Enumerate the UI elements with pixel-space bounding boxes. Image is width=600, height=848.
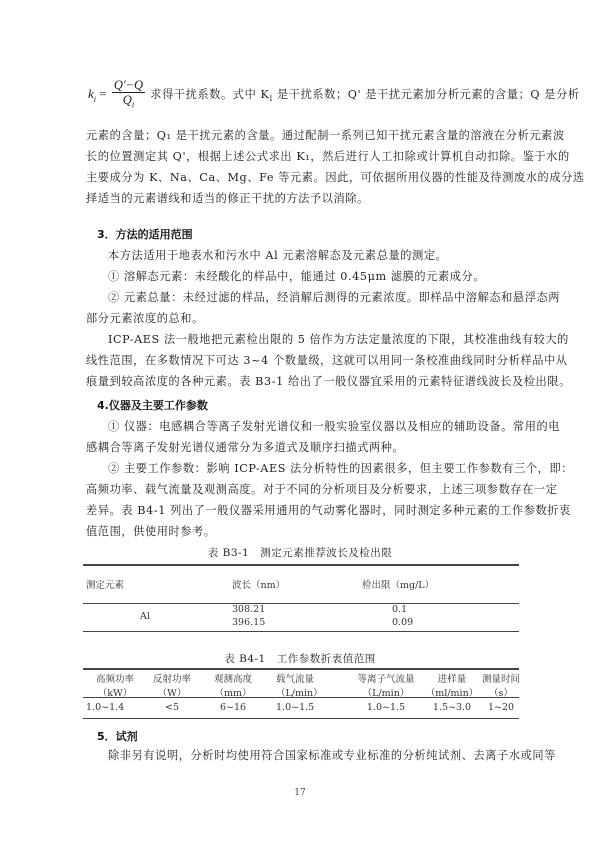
table-cell: 308.21 <box>232 604 265 615</box>
table-b4-caption: 表 B4-1 工作参数折衷值范围 <box>0 651 600 666</box>
formula-numerator: Q'−Q <box>112 78 145 93</box>
section-5-body: 除非另有说明，分析时均使用符合国家标准或专业标准的分析纯试剂、去离子水或同等 <box>86 745 514 766</box>
formula-denominator: QI <box>112 93 145 113</box>
section-3-heading: 3．方法的适用范围 <box>97 226 193 242</box>
interference-formula: ki = Q'−Q QI 求得干扰系数。式中 KI 是干扰系数；Q' 是干扰元素… <box>88 78 580 113</box>
paragraph-line: 除非另有说明，分析时均使用符合国家标准或专业标准的分析纯试剂、去离子水或同等 <box>86 745 514 766</box>
table-bottom-rule <box>83 631 519 632</box>
page-number: 17 <box>0 788 600 798</box>
paragraph-line: ① 仪器：电感耦合等离子发射光谱仪和一般实验室仪器以及相应的辅助设备。常用的电 <box>86 416 514 437</box>
section-5-heading: 5．试剂 <box>97 728 138 744</box>
paragraph-line: ② 主要工作参数：影响 ICP-AES 法分析特性的因素很多，但主要工作参数有三… <box>86 458 514 479</box>
table-mid-rule <box>83 697 519 698</box>
table-cell: 396.15 <box>232 617 265 628</box>
table-cell: 0.1 <box>392 604 407 615</box>
formula-explanation: 求得干扰系数。式中 KI 是干扰系数；Q' 是干扰元素加分析元素的含量；Q 是分… <box>150 88 579 101</box>
table-header-cell: 高频功率（kW） <box>80 671 150 699</box>
table-bottom-rule <box>83 718 519 719</box>
table-header-cell: 等离子气流量（L/min） <box>346 671 426 699</box>
section-4-heading: 4.仪器及主要工作参数 <box>97 397 208 413</box>
table-cell: 0.09 <box>392 617 413 628</box>
paragraph-line: 主要成分为 K、Na、Ca、Mg、Fe 等元素。因此，可依据所用仪器的性能及待测… <box>86 167 514 188</box>
table-top-rule <box>83 668 519 670</box>
paragraph-line: ICP-AES 法一般地把元素检出限的 5 倍作为方法定量浓度的下限，其校准曲线… <box>86 329 514 350</box>
table-header-cell: 检出限（mg/L） <box>362 577 434 591</box>
section-3-body: 本方法适用于地表水和污水中 Al 元素溶解态及元素总量的测定。 ① 溶解态元素：… <box>86 245 514 392</box>
section-4-body: ① 仪器：电感耦合等离子发射光谱仪和一般实验室仪器以及相应的辅助设备。常用的电 … <box>86 416 514 542</box>
paragraph-line: ① 溶解态元素：未经酸化的样品中，能通过 0.45μm 滤膜的元素成分。 <box>86 266 514 287</box>
paragraph-line: 线性范围，在多数情况下可达 3~4 个数量级，这就可以用同一条校准曲线同时分析样… <box>86 350 514 371</box>
table-header-cell: 测量时间（s） <box>478 671 524 699</box>
paragraph-line: 差异。表 B4-1 列出了一般仪器采用通用的气动雾化器时，同时测定多种元素的工作… <box>86 500 514 521</box>
paragraph-line: 择适当的元素谱线和适当的修正干扰的方法予以消除。 <box>86 188 514 209</box>
intro-paragraph: 元素的含量；Q₁ 是干扰元素的含量。通过配制一系列已知干扰元素含量的溶液在分析元… <box>86 125 514 209</box>
paragraph-line: 高频功率、载气流量及观测高度。对于不同的分析项目及分析要求，上述三项参数存在一定 <box>86 479 514 500</box>
table-header-cell: 波长（nm） <box>232 577 285 591</box>
table-header-cell: 反射功率（W） <box>142 671 202 699</box>
table-cell: 1~20 <box>478 702 524 713</box>
table-cell: 6~16 <box>202 702 264 713</box>
paragraph-line: 元素的含量；Q₁ 是干扰元素的含量。通过配制一系列已知干扰元素含量的溶液在分析元… <box>86 125 514 146</box>
paragraph-line: 痕量到较高浓度的各种元素。表 B3-1 给出了一般仪器宜采用的元素特征谱线波长及… <box>86 371 514 392</box>
table-header-cell: 观测高度（mm） <box>202 671 264 699</box>
table-cell: 1.5~3.0 <box>422 702 482 713</box>
paragraph-line: 部分元素浓度的总和。 <box>86 308 514 329</box>
table-header-cell: 测定元素 <box>86 577 124 591</box>
table-cell: 1.0~1.5 <box>346 702 426 713</box>
paragraph-line: ② 元素总量：未经过滤的样品，经消解后测得的元素浓度。即样品中溶解态和悬浮态两 <box>86 287 514 308</box>
table-cell: 1.0~1.5 <box>276 702 314 713</box>
table-header-cell: 载气流量（L/min） <box>276 671 346 699</box>
table-header-cell: 进样量（ml/min） <box>422 671 482 699</box>
formula-fraction: Q'−Q QI <box>112 78 145 113</box>
paragraph-line: 长的位置测定其 Q'，根据上述公式求出 K₁，然后进行人工扣除或计算机自动扣除。… <box>86 146 514 167</box>
table-cell-element: Al <box>140 611 150 622</box>
table-cell: 1.0~1.4 <box>86 702 124 713</box>
paragraph-line: 值范围，供使用时参考。 <box>86 521 514 542</box>
table-cell: <5 <box>142 702 202 713</box>
table-top-rule <box>83 564 519 566</box>
paragraph-line: 感耦合等离子发射光谱仪通常分为多道式及顺序扫描式两种。 <box>86 437 514 458</box>
paragraph-line: 本方法适用于地表水和污水中 Al 元素溶解态及元素总量的测定。 <box>86 245 514 266</box>
table-mid-rule <box>83 603 519 604</box>
table-b3-caption: 表 B3-1 测定元素推荐波长及检出限 <box>0 545 600 560</box>
